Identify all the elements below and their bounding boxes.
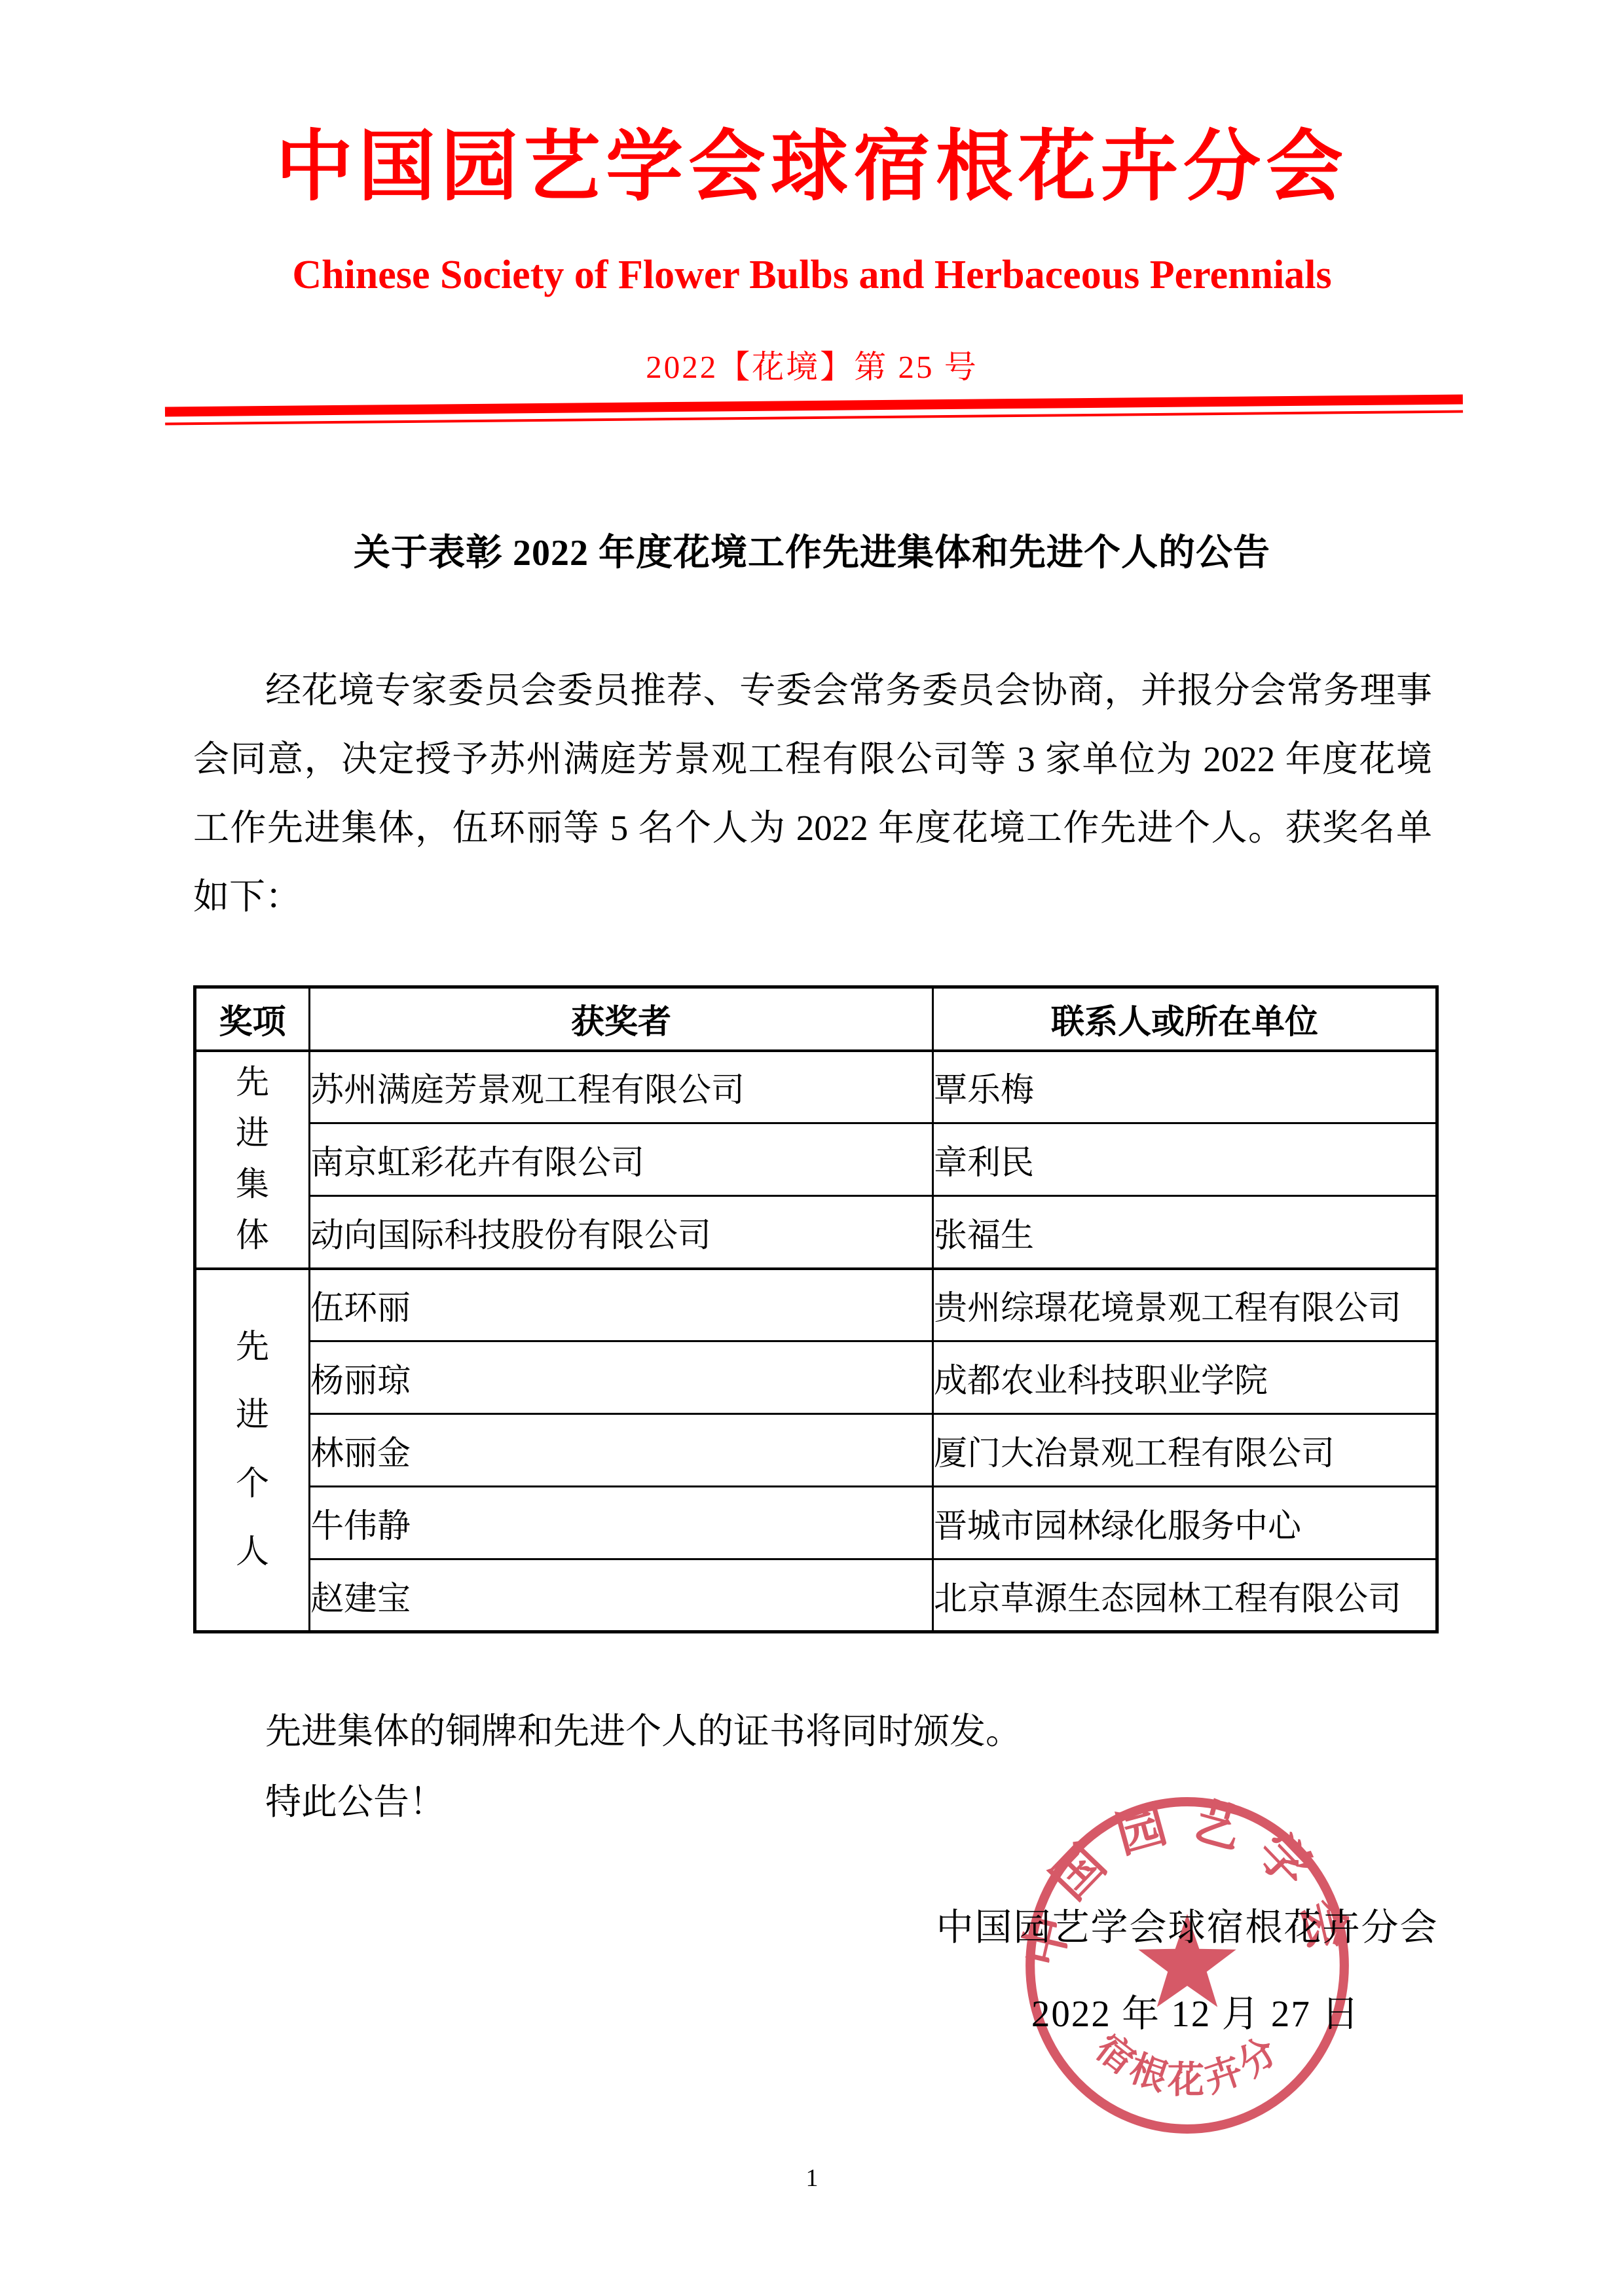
- table-header-row: 奖项 获奖者 联系人或所在单位: [195, 987, 1437, 1051]
- page-number: 1: [0, 2164, 1624, 2193]
- contact-cell: 覃乐梅: [933, 1051, 1437, 1123]
- winner-cell: 牛伟静: [310, 1487, 933, 1559]
- org-title-cn: 中国园艺学会球宿根花卉分会: [0, 121, 1624, 214]
- winner-cell: 南京虹彩花卉有限公司: [310, 1123, 933, 1196]
- official-seal: 中国园艺学会 球宿根花卉分会: [1018, 1793, 1357, 2136]
- contact-cell: 成都农业科技职业学院: [933, 1341, 1437, 1414]
- table-row: 南京虹彩花卉有限公司 章利民: [195, 1123, 1437, 1196]
- category-cell-collective: 先进集体: [195, 1051, 310, 1269]
- header-divider-rule: [165, 394, 1463, 425]
- doc-number: 2022【花境】第 25 号: [0, 342, 1624, 388]
- table-row: 赵建宝 北京草源生态园林工程有限公司: [195, 1559, 1437, 1632]
- table-row: 杨丽琼 成都农业科技职业学院: [195, 1341, 1437, 1414]
- table-row: 先进个人 伍环丽 贵州综璟花境景观工程有限公司: [195, 1269, 1437, 1341]
- body-paragraph: 经花境专家委员会委员推荐、专委会常务委员会协商，并报分会常务理事会同意，决定授予…: [193, 656, 1432, 931]
- table-row: 牛伟静 晋城市园林绿化服务中心: [195, 1487, 1437, 1559]
- org-title-en: Chinese Society of Flower Bulbs and Herb…: [0, 252, 1624, 299]
- winner-cell: 苏州满庭芳景观工程有限公司: [310, 1051, 933, 1123]
- header-contact-unit: 联系人或所在单位: [933, 987, 1437, 1051]
- document-page: 中国园艺学会球宿根花卉分会 Chinese Society of Flower …: [0, 0, 1624, 2296]
- winner-cell: 伍环丽: [310, 1269, 933, 1341]
- table-row: 林丽金 厦门大冶景观工程有限公司: [195, 1414, 1437, 1487]
- header-award-winner: 获奖者: [310, 987, 933, 1051]
- winner-cell: 赵建宝: [310, 1559, 933, 1632]
- winner-cell: 杨丽琼: [310, 1341, 933, 1414]
- award-table: 奖项 获奖者 联系人或所在单位 先进集体 苏州满庭芳景观工程有限公司 覃乐梅 南…: [193, 985, 1439, 1633]
- contact-cell: 厦门大冶景观工程有限公司: [933, 1414, 1437, 1487]
- contact-cell: 晋城市园林绿化服务中心: [933, 1487, 1437, 1559]
- announcement-title: 关于表彰 2022 年度花境工作先进集体和先进个人的公告: [0, 524, 1624, 576]
- signature-date: 2022 年 12 月 27 日: [1031, 1984, 1360, 2037]
- contact-cell: 北京草源生态园林工程有限公司: [933, 1559, 1437, 1632]
- closing-line-1: 先进集体的铜牌和先进个人的证书将同时颁发。: [193, 1697, 1432, 1766]
- winner-cell: 林丽金: [310, 1414, 933, 1487]
- winner-cell: 动向国际科技股份有限公司: [310, 1196, 933, 1269]
- table-row: 先进集体 苏州满庭芳景观工程有限公司 覃乐梅: [195, 1051, 1437, 1123]
- contact-cell: 章利民: [933, 1123, 1437, 1196]
- header-award-category: 奖项: [195, 987, 310, 1051]
- contact-cell: 贵州综璟花境景观工程有限公司: [933, 1269, 1437, 1341]
- contact-cell: 张福生: [933, 1196, 1437, 1269]
- category-cell-individual: 先进个人: [195, 1269, 310, 1632]
- table-row: 动向国际科技股份有限公司 张福生: [195, 1196, 1437, 1269]
- signature-org: 中国园艺学会球宿根花卉分会: [936, 1897, 1439, 1951]
